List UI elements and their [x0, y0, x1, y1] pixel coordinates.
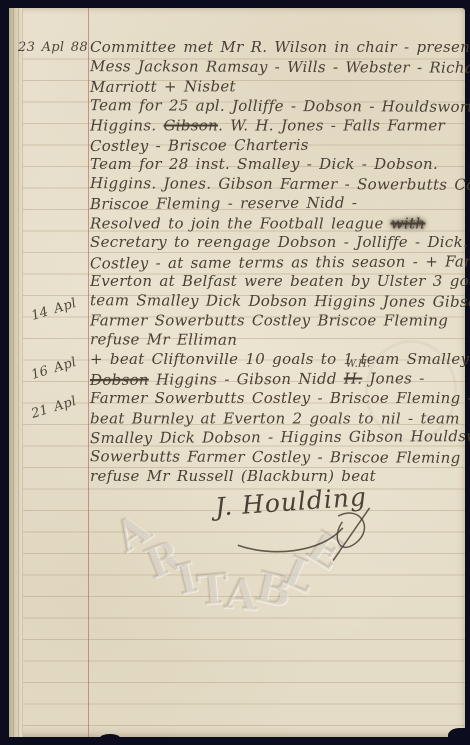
manuscript-line: Team for 28 inst. Smalley - Dick - Dobso… [9, 155, 463, 175]
page-edge-notch [448, 728, 468, 740]
manuscript-line: Costley - at same terms as this season -… [9, 253, 463, 273]
notebook-page: ARITABLE 23 Apl 88Committee met Mr R. Wi… [9, 8, 465, 737]
manuscript-line: Mess Jackson Ramsay - Wills - Webster - … [9, 58, 463, 78]
photographed-minute-book: ARITABLE 23 Apl 88Committee met Mr R. Wi… [0, 0, 470, 745]
manuscript-line: Secretary to reengage Dobson - Jolliffe … [9, 233, 463, 253]
page-edge-notch [100, 734, 120, 742]
line-text: Everton at Belfast were beaten by Ulster… [90, 272, 470, 292]
line-text: Sowerbutts Farmer Costley - Briscoe Flem… [90, 447, 463, 468]
line-text: refuse Mr Russell (Blackburn) beat [90, 467, 463, 487]
line-text: Higgins. Gibson. W. H. Jones - Falls Far… [90, 117, 463, 137]
margin-date [9, 116, 90, 136]
line-text: Costley - at same terms as this season -… [90, 251, 470, 273]
manuscript-line: Sowerbutts Farmer Costley - Briscoe Flem… [9, 448, 463, 468]
line-text: Briscoe Fleming - reserve Nidd - [90, 193, 463, 214]
manuscript-line: refuse Mr Elliman [9, 331, 463, 351]
line-text: Marriott + Nisbet [90, 76, 463, 97]
manuscript-line: 14 AplFarmer Sowerbutts Costley Briscoe … [9, 311, 463, 331]
margin-date [9, 58, 90, 78]
margin-date [9, 253, 90, 273]
line-text: + beat Cliftonville 10 goals to 1 team S… [90, 350, 469, 370]
line-text: refuse Mr Elliman [90, 330, 463, 351]
manuscript-line: 23 Apl 88Committee met Mr R. Wilson in c… [9, 38, 463, 58]
margin-date [9, 77, 90, 97]
manuscript-line: Higgins. Jones. Gibson Farmer - Sowerbut… [9, 175, 463, 195]
manuscript-line: Higgins. Gibson. W. H. Jones - Falls Far… [9, 116, 463, 136]
signature-block: J. Houlding [214, 479, 410, 582]
margin-date: 23 Apl 88 [9, 38, 90, 58]
line-text: Farmer Sowerbutts Costley - Briscoe Flem… [90, 389, 470, 409]
manuscript-line: Marriott + Nisbet [9, 77, 463, 97]
margin-date [9, 136, 90, 156]
margin-date [9, 175, 90, 195]
signature-flourish-icon [234, 505, 388, 579]
line-text: Resolved to join the Football league wit… [90, 214, 463, 234]
margin-date [9, 233, 90, 253]
margin-date [9, 155, 90, 175]
line-text: team Smalley Dick Dobson Higgins Jones G… [90, 291, 470, 312]
inserted-word: W.H. [346, 359, 371, 369]
manuscript-line: Resolved to join the Football league wit… [9, 214, 463, 234]
line-text: Committee met Mr R. Wilson in chair - pr… [90, 38, 470, 58]
margin-date [9, 428, 90, 448]
page-edge-notch [268, 737, 294, 743]
manuscript-line: Costley - Briscoe Charteris [9, 136, 463, 156]
margin-date [9, 272, 90, 292]
margin-date [9, 194, 90, 214]
manuscript-line: Smalley Dick Dobson - Higgins Gibson Hou… [9, 428, 463, 448]
line-text: Mess Jackson Ramsay - Wills - Webster - … [90, 57, 470, 78]
margin-date [9, 331, 90, 351]
manuscript-line: 21 Aplbeat Burnley at Everton 2 goals to… [9, 409, 463, 429]
line-text: beat Burnley at Everton 2 goals to nil -… [90, 409, 463, 429]
line-text: Smalley Dick Dobson - Higgins Gibson Hou… [90, 427, 470, 449]
manuscript-line: Briscoe Fleming - reserve Nidd - [9, 194, 463, 214]
manuscript-line: 16 AplDobson Higgins - Gibson Nidd W.H.H… [9, 370, 463, 390]
margin-date [9, 97, 90, 117]
margin-date [9, 448, 90, 468]
line-text: Higgins. Jones. Gibson Farmer - Sowerbut… [90, 174, 470, 195]
manuscript-lines: 23 Apl 88Committee met Mr R. Wilson in c… [9, 38, 463, 487]
line-text: Team for 25 apl. Jolliffe - Dobson - Hou… [90, 96, 470, 117]
margin-date [9, 467, 90, 487]
manuscript-line: Everton at Belfast were beaten by Ulster… [9, 272, 463, 292]
line-text: Dobson Higgins - Gibson Nidd W.H.H. Jone… [90, 369, 463, 390]
manuscript-line: Team for 25 apl. Jolliffe - Dobson - Hou… [9, 97, 463, 117]
line-text: Secretary to reengage Dobson - Jolliffe … [90, 233, 470, 253]
line-text: Farmer Sowerbutts Costley Briscoe Flemin… [90, 312, 463, 332]
line-text: Team for 28 inst. Smalley - Dick - Dobso… [90, 155, 463, 175]
line-text: Costley - Briscoe Charteris [90, 135, 463, 156]
margin-date [9, 214, 90, 234]
